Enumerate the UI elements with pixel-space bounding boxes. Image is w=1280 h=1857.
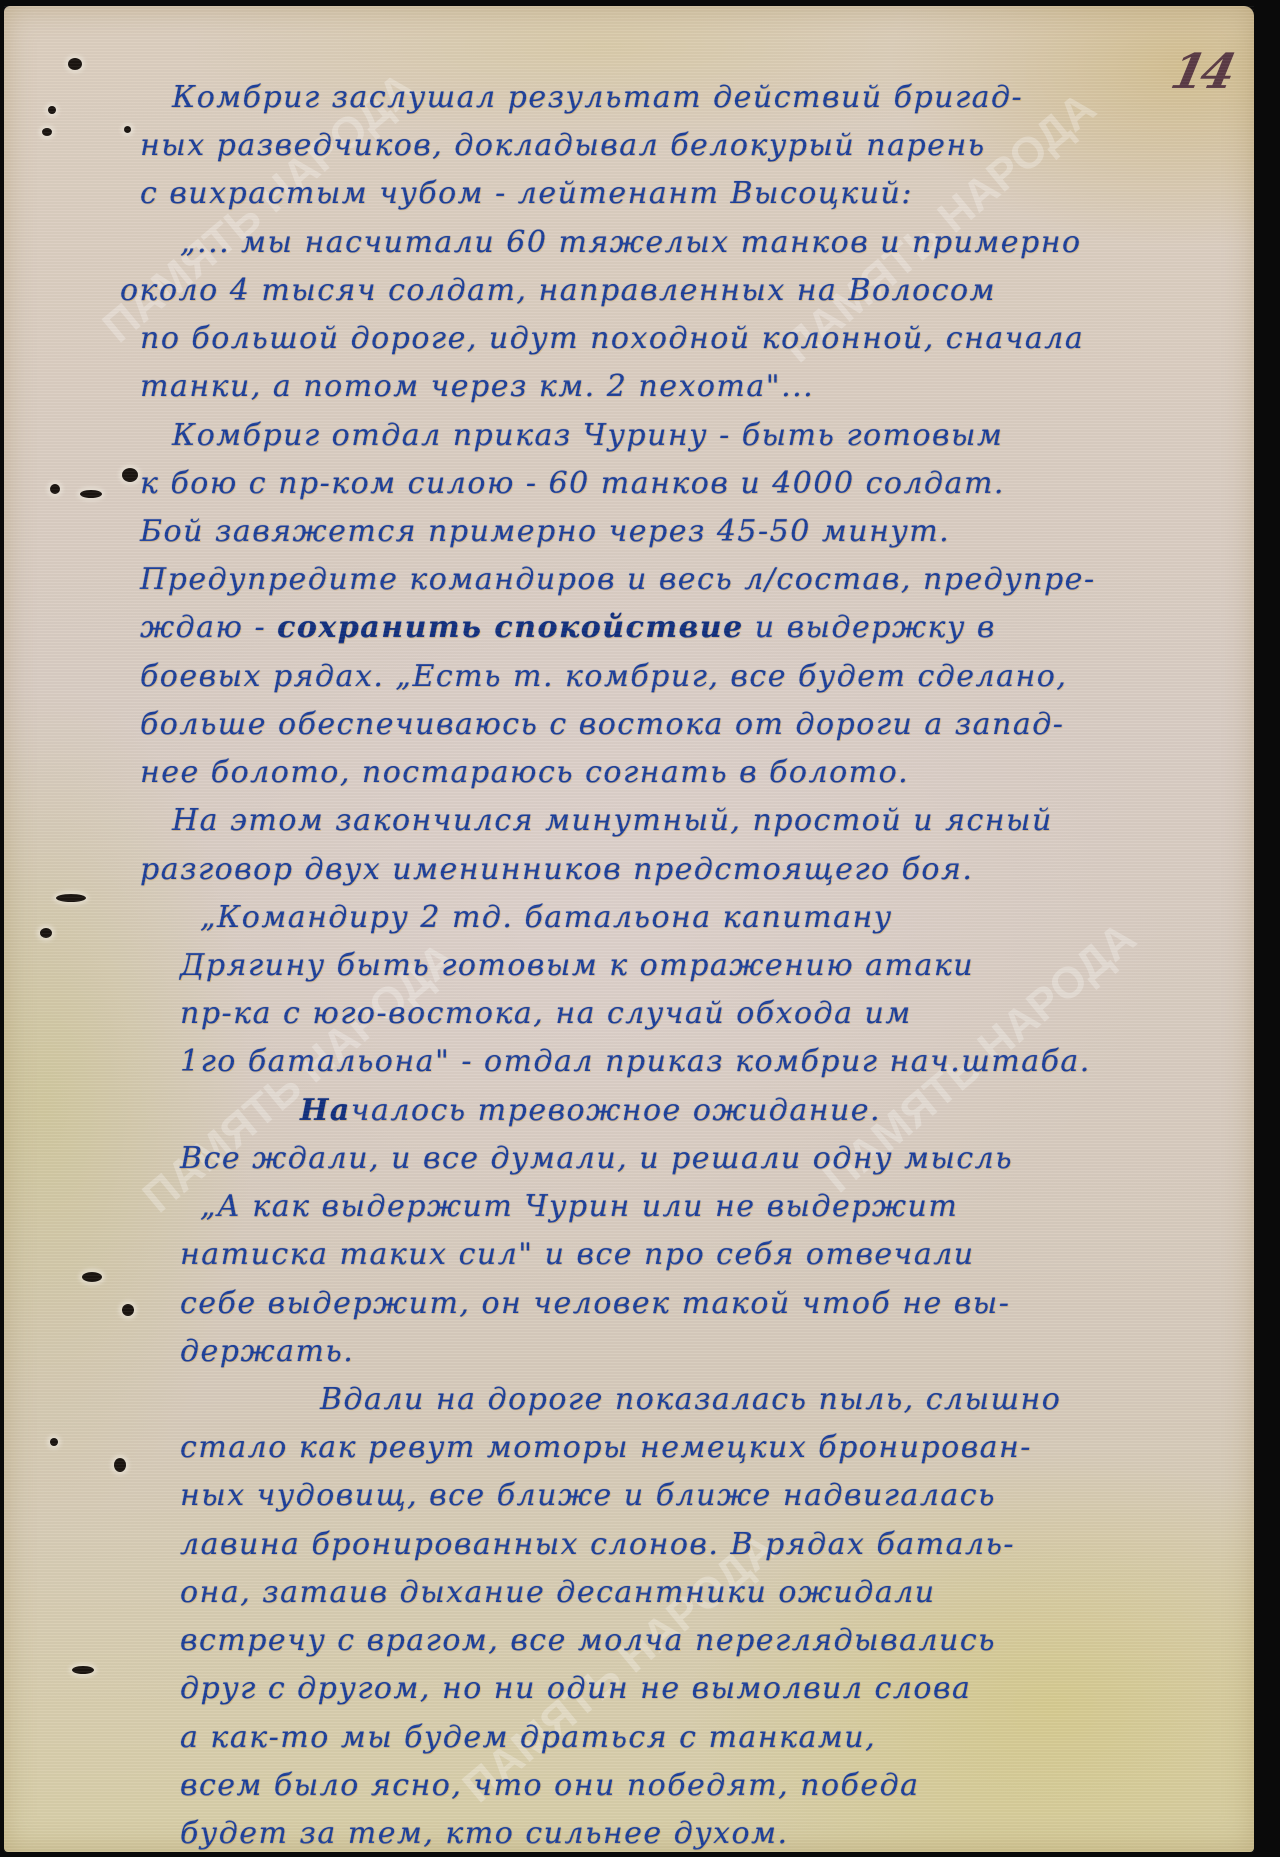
punch-hole — [42, 128, 52, 136]
text-line: она, затаив дыхание десантники ожидали — [180, 1575, 936, 1610]
text-line: пр-ка с юго-востока, на случай обхода им — [180, 996, 912, 1031]
text-line: На этом закончился минутный, простой и я… — [172, 803, 1053, 838]
text-line: танки, а потом через км. 2 пехота"... — [140, 369, 814, 404]
text-line: Все ждали, и все думали, и решали одну м… — [180, 1141, 1013, 1176]
text-line: Вдали на дороге показалась пыль, слышно — [320, 1382, 1061, 1417]
text-line: будет за тем, кто сильнее духом. — [180, 1816, 789, 1851]
punch-hole — [122, 1304, 134, 1316]
text-line: больше обеспечиваюсь с востока от дороги… — [140, 707, 1064, 742]
text-line: а как-то мы будем драться с танками, — [180, 1720, 876, 1755]
text-line: держать. — [180, 1334, 354, 1369]
text-line: Комбриг заслушал результат действий бриг… — [172, 80, 1023, 115]
text-line: нее болото, постараюсь согнать в болото. — [140, 755, 909, 790]
text-line: ждаю - сохранить спокойствие и выдержку … — [140, 610, 996, 645]
text-line: по большой дороге, идут походной колонно… — [140, 321, 1084, 356]
punch-hole — [48, 106, 56, 114]
text-line: Началось тревожное ожидание. — [300, 1093, 881, 1128]
punch-hole — [40, 928, 52, 938]
punch-hole — [82, 1272, 102, 1282]
text-line: всем было ясно, что они победят, победа — [180, 1768, 920, 1803]
text-line: боевых рядах. „Есть т. комбриг, все буде… — [140, 659, 1067, 694]
punch-hole — [50, 484, 60, 494]
document-page: ПАМЯТЬ НАРОДА ПАМЯТЬ НАРОДА ПАМЯТЬ НАРОД… — [4, 6, 1254, 1852]
text-line: встречу с врагом, все молча переглядывал… — [180, 1623, 996, 1658]
text-line: ных разведчиков, докладывал белокурый па… — [140, 128, 986, 163]
text-line: Предупредите командиров и весь л/состав,… — [140, 562, 1096, 597]
page-number: 14 — [1166, 44, 1237, 100]
text-line: 1го батальона" - отдал приказ комбриг на… — [180, 1044, 1091, 1079]
text-line: к бою с пр-ком силою - 60 танков и 4000 … — [140, 466, 1005, 501]
text-line: около 4 тысяч солдат, направленных на Во… — [120, 273, 996, 308]
text-line: „... мы насчитали 60 тяжелых танков и пр… — [180, 225, 1082, 260]
punch-hole — [124, 126, 131, 133]
punch-hole — [68, 58, 82, 70]
emphasized-text: сохранить спокойствие — [277, 610, 744, 645]
text-line: друг с другом, но ни один не вымолвил сл… — [180, 1671, 971, 1706]
text-line: стало как ревут моторы немецких брониров… — [180, 1430, 1032, 1465]
text-line: Бой завяжется примерно через 45-50 минут… — [140, 514, 950, 549]
text-line: „А как выдержит Чурин или не выдержит — [200, 1189, 958, 1224]
text-line: лавина бронированных слонов. В рядах бат… — [180, 1527, 1015, 1562]
text-line: Комбриг отдал приказ Чурину - быть готов… — [172, 418, 1003, 453]
text-line: себе выдержит, он человек такой чтоб не … — [180, 1286, 1010, 1321]
punch-hole — [114, 1458, 126, 1472]
punch-hole — [72, 1666, 94, 1674]
text-line: „Командиру 2 тд. батальона капитану — [200, 900, 893, 935]
punch-hole — [50, 1438, 58, 1446]
punch-hole — [122, 468, 138, 482]
punch-hole — [56, 894, 86, 902]
text-line: натиска таких сил" и все про себя отвеча… — [180, 1237, 975, 1272]
text-line: Дрягину быть готовым к отражению атаки — [180, 948, 974, 983]
punch-hole — [80, 490, 102, 498]
text-line: с вихрастым чубом - лейтенант Высоцкий: — [140, 176, 913, 211]
text-line: разговор двух именинников предстоящего б… — [140, 852, 973, 887]
emphasized-text: На — [300, 1093, 351, 1128]
text-line: ных чудовищ, все ближе и ближе надвигала… — [180, 1478, 996, 1513]
